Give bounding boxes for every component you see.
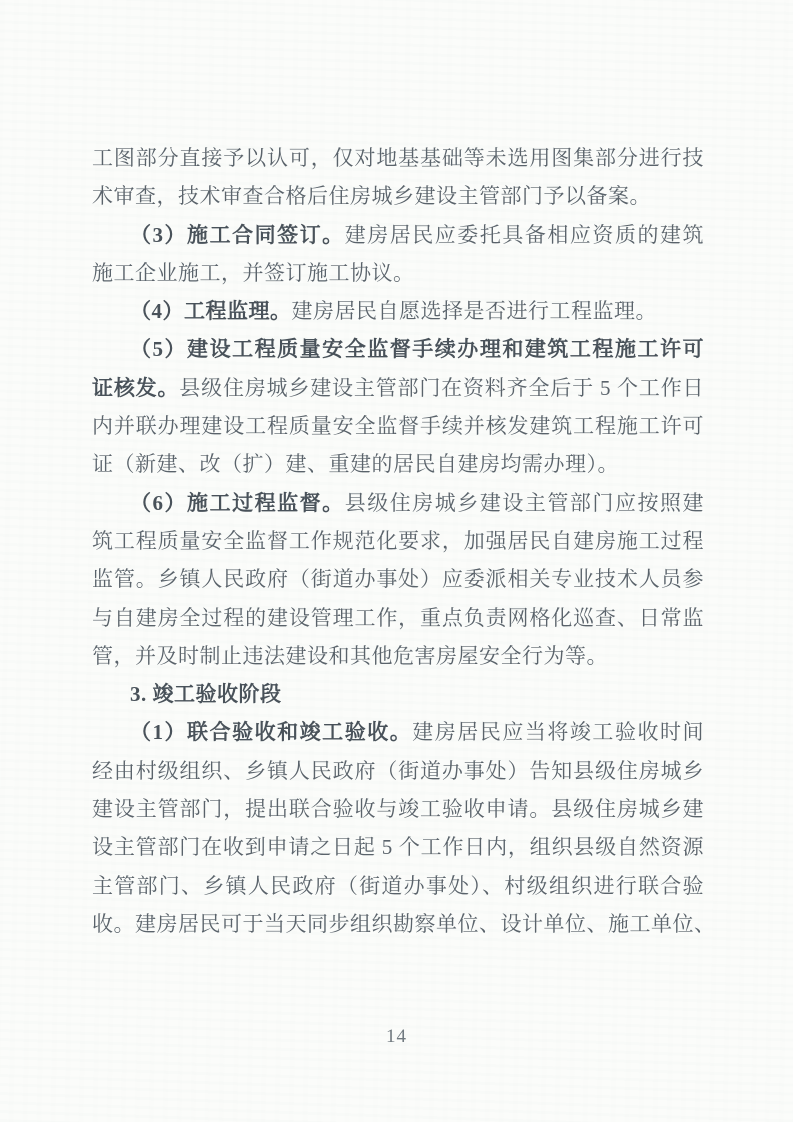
text-segment: 建房居民自愿选择是否进行工程监理。	[292, 299, 658, 323]
text-segment: 管，并及时制止违法建设和其他危害房屋安全行为等。	[92, 644, 608, 668]
text-line: （5）建设工程质量安全监督手续办理和建筑工程施工许可	[92, 330, 704, 368]
text-segment: 主管部门、乡镇人民政府（街道办事处）、村级组织进行联合验	[92, 874, 704, 898]
text-segment: 县级住房城乡建设主管部门在资料齐全后于 5 个工作日	[179, 376, 704, 400]
text-line: 工图部分直接予以认可，仅对地基基础等未选用图集部分进行技	[92, 139, 704, 177]
text-segment: 施工企业施工，并签订施工协议。	[92, 261, 415, 285]
text-segment: 经由村级组织、乡镇人民政府（街道办事处）告知县级住房城乡	[92, 759, 704, 783]
text-line: 内并联办理建设工程质量安全监督手续并核发建筑工程施工许可	[92, 407, 704, 445]
text-segment: 筑工程质量安全监督工作规范化要求，加强居民自建房施工过程	[92, 529, 704, 553]
text-segment: 建房居民应当将竣工验收时间	[412, 720, 704, 744]
text-line: （1）联合验收和竣工验收。建房居民应当将竣工验收时间	[92, 713, 704, 751]
text-segment: 监管。乡镇人民政府（街道办事处）应委派相关专业技术人员参	[92, 567, 704, 591]
text-line: （4）工程监理。建房居民自愿选择是否进行工程监理。	[92, 292, 704, 330]
text-line: 术审查，技术审查合格后住房城乡建设主管部门予以备案。	[92, 177, 704, 215]
bold-text-segment: （3）施工合同签订。	[130, 223, 345, 247]
text-line: 与自建房全过程的建设管理工作，重点负责网格化巡查、日常监	[92, 599, 704, 637]
text-line: 建设主管部门，提出联合验收与竣工验收申请。县级住房城乡建	[92, 790, 704, 828]
text-segment: 县级住房城乡建设主管部门应按照建	[345, 491, 704, 515]
text-line: （3）施工合同签订。建房居民应委托具备相应资质的建筑	[92, 216, 704, 254]
bold-text-segment: （5）建设工程质量安全监督手续办理和建筑工程施工许可	[130, 337, 704, 361]
bold-text-segment: （4）工程监理。	[130, 299, 292, 323]
text-line: 施工企业施工，并签订施工协议。	[92, 254, 704, 292]
text-line: 3. 竣工验收阶段	[92, 675, 704, 713]
text-segment: 收。建房居民可于当天同步组织勘察单位、设计单位、施工单位、	[92, 912, 716, 936]
text-line: 收。建房居民可于当天同步组织勘察单位、设计单位、施工单位、	[92, 905, 704, 943]
text-line: 主管部门、乡镇人民政府（街道办事处）、村级组织进行联合验	[92, 867, 704, 905]
text-segment: 建房居民应委托具备相应资质的建筑	[345, 223, 704, 247]
bold-text-segment: （6）施工过程监督。	[130, 491, 345, 515]
text-line: 证核发。县级住房城乡建设主管部门在资料齐全后于 5 个工作日	[92, 369, 704, 407]
text-line: 筑工程质量安全监督工作规范化要求，加强居民自建房施工过程	[92, 522, 704, 560]
text-segment: 工图部分直接予以认可，仅对地基基础等未选用图集部分进行技	[92, 146, 704, 170]
text-segment: 内并联办理建设工程质量安全监督手续并核发建筑工程施工许可	[92, 414, 704, 438]
text-line: 经由村级组织、乡镇人民政府（街道办事处）告知县级住房城乡	[92, 752, 704, 790]
text-line: 设主管部门在收到申请之日起 5 个工作日内，组织县级自然资源	[92, 828, 704, 866]
text-segment: 证（新建、改（扩）建、重建的居民自建房均需办理）。	[92, 452, 619, 476]
document-text-block: 工图部分直接予以认可，仅对地基基础等未选用图集部分进行技术审查，技术审查合格后住…	[92, 139, 704, 943]
text-segment: 术审查，技术审查合格后住房城乡建设主管部门予以备案。	[92, 184, 651, 208]
text-line: 监管。乡镇人民政府（街道办事处）应委派相关专业技术人员参	[92, 560, 704, 598]
bold-text-segment: （1）联合验收和竣工验收。	[130, 720, 412, 744]
text-segment: 设主管部门在收到申请之日起 5 个工作日内，组织县级自然资源	[92, 835, 704, 859]
text-line: （6）施工过程监督。县级住房城乡建设主管部门应按照建	[92, 484, 704, 522]
text-line: 证（新建、改（扩）建、重建的居民自建房均需办理）。	[92, 445, 704, 483]
text-segment: 建设主管部门，提出联合验收与竣工验收申请。县级住房城乡建	[92, 797, 704, 821]
text-line: 管，并及时制止违法建设和其他危害房屋安全行为等。	[92, 637, 704, 675]
page-number: 14	[0, 1022, 793, 1052]
text-segment: 与自建房全过程的建设管理工作，重点负责网格化巡查、日常监	[92, 606, 704, 630]
bold-text-segment: 证核发。	[92, 376, 179, 400]
bold-text-segment: 3. 竣工验收阶段	[130, 682, 282, 706]
